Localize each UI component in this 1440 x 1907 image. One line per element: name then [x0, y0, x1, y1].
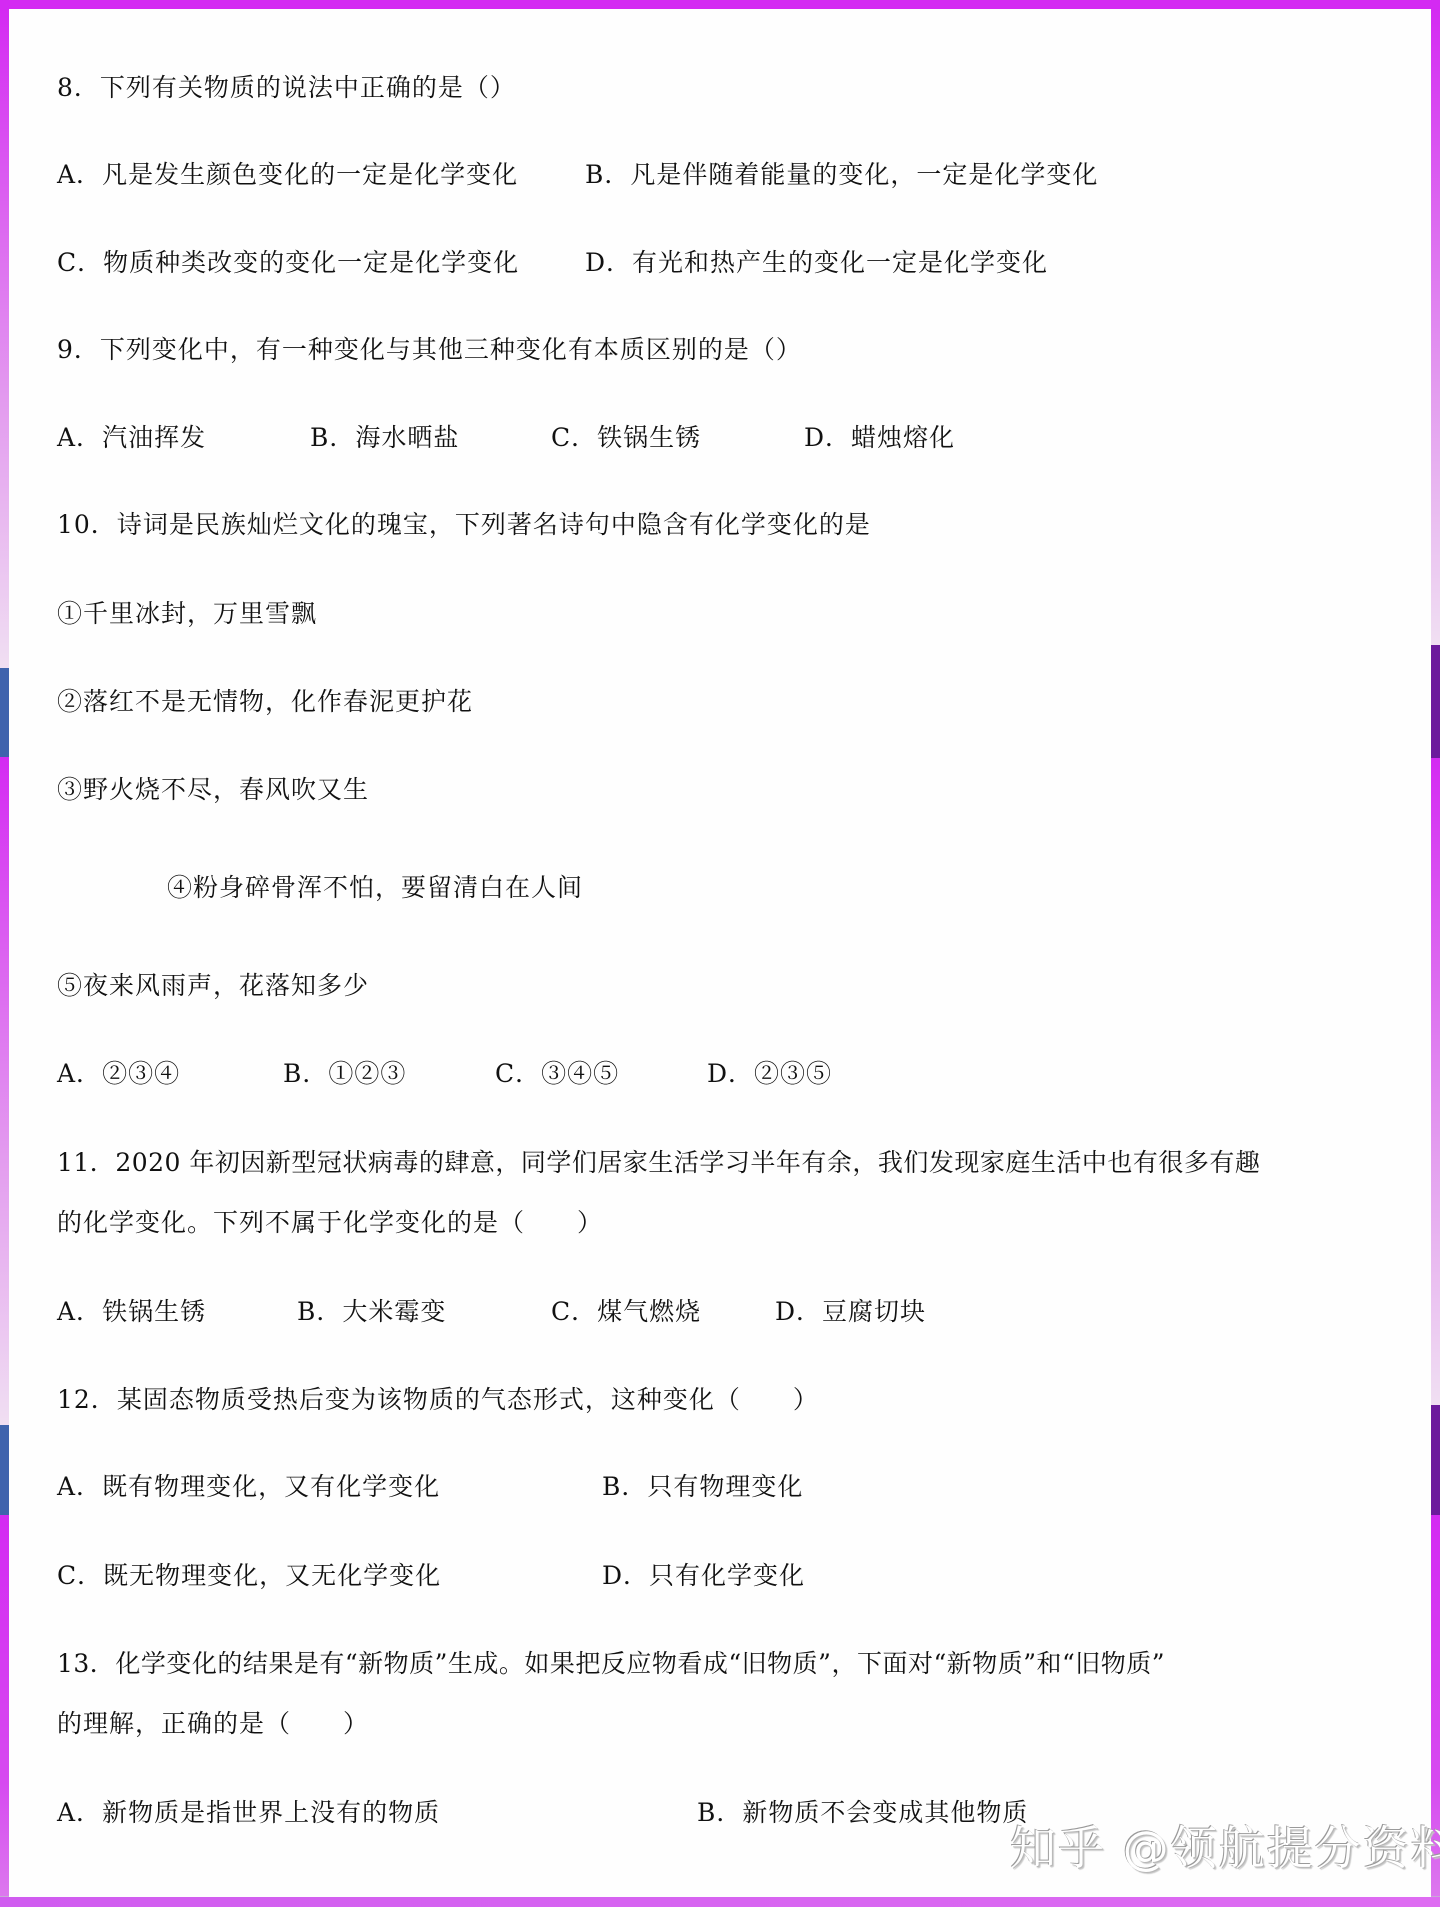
option-c[interactable]: C．铁锅生锈 — [551, 423, 701, 453]
question-text: 下列变化中，有一种变化与其他三种变化有本质区别的是（） — [100, 335, 802, 364]
option-d[interactable]: D．只有化学变化 — [602, 1561, 805, 1591]
question-stem: 11．2020 年初因新型冠状病毒的肆意，同学们居家生活学习半年有余，我们发现家… — [57, 1148, 1260, 1178]
option-a[interactable]: A．凡是发生颜色变化的一定是化学变化 — [57, 160, 518, 190]
option-text: ②③④ — [102, 1059, 180, 1088]
option-b[interactable]: B．新物质不会变成其他物质 — [697, 1798, 1028, 1828]
option-b[interactable]: B．大米霉变 — [297, 1297, 446, 1327]
option-label: B． — [297, 1297, 342, 1326]
option-d[interactable]: D．豆腐切块 — [775, 1297, 926, 1327]
option-label: A． — [57, 1798, 102, 1827]
option-d[interactable]: D．有光和热产生的变化一定是化学变化 — [585, 248, 1048, 278]
option-label: D． — [585, 248, 632, 277]
option-label: B． — [602, 1472, 647, 1501]
option-text: 煤气燃烧 — [597, 1297, 701, 1326]
option-b[interactable]: B．海水晒盐 — [310, 423, 459, 453]
option-text: ③④⑤ — [541, 1059, 619, 1088]
option-c[interactable]: C．煤气燃烧 — [551, 1297, 701, 1327]
document-page — [9, 9, 1431, 1897]
option-label: D． — [602, 1561, 649, 1590]
frame-left-border — [0, 9, 9, 1897]
option-text: 既无物理变化，又无化学变化 — [103, 1561, 441, 1590]
question-stem: 10．诗词是民族灿烂文化的瑰宝，下列著名诗句中隐含有化学变化的是 — [57, 510, 871, 540]
option-label: A． — [57, 1472, 102, 1501]
option-label: A． — [57, 160, 102, 189]
poem-line-2: ②落红不是无情物，化作春泥更护花 — [57, 687, 473, 717]
option-text: 汽油挥发 — [102, 423, 206, 452]
zhihu-watermark: 知乎 @领航提分资料 — [1010, 1812, 1440, 1878]
option-label: A． — [57, 1059, 102, 1088]
frame-top-border — [0, 0, 1440, 9]
poem-line-3: ③野火烧不尽，春风吹又生 — [57, 775, 369, 805]
option-text: 只有化学变化 — [649, 1561, 805, 1590]
option-label: C． — [551, 1297, 597, 1326]
option-text: 新物质不会变成其他物质 — [742, 1798, 1028, 1827]
option-text: 既有物理变化，又有化学变化 — [102, 1472, 440, 1501]
option-text: 大米霉变 — [342, 1297, 446, 1326]
frame-bottom-border — [0, 1896, 1440, 1907]
question-text: 化学变化的结果是有“新物质”生成。如果把反应物看成“旧物质”，下面对“新物质”和… — [115, 1649, 1165, 1678]
poem-line-1: ①千里冰封，万里雪飘 — [57, 599, 317, 629]
question-number: 9． — [57, 335, 100, 364]
option-text: ①②③ — [328, 1059, 406, 1088]
option-text: 凡是发生颜色变化的一定是化学变化 — [102, 160, 518, 189]
right-gradient-segment — [1431, 758, 1440, 1405]
option-text: 物质种类改变的变化一定是化学变化 — [103, 248, 519, 277]
option-a[interactable]: A．新物质是指世界上没有的物质 — [57, 1798, 440, 1828]
option-b[interactable]: B．凡是伴随着能量的变化，一定是化学变化 — [585, 160, 1098, 190]
option-label: B． — [697, 1798, 742, 1827]
option-text: 海水晒盐 — [355, 423, 459, 452]
left-blue-marker — [0, 1425, 9, 1515]
question-text: 诗词是民族灿烂文化的瑰宝，下列著名诗句中隐含有化学变化的是 — [117, 510, 871, 539]
option-label: C． — [57, 248, 103, 277]
question-stem-continued: 的理解，正确的是（ ） — [57, 1709, 369, 1739]
question-stem-continued: 的化学变化。下列不属于化学变化的是（ ） — [57, 1208, 603, 1238]
right-purple-marker — [1431, 645, 1440, 758]
option-c[interactable]: C．③④⑤ — [495, 1059, 619, 1089]
option-text: 凡是伴随着能量的变化，一定是化学变化 — [630, 160, 1098, 189]
option-text: 蜡烛熔化 — [851, 423, 955, 452]
question-stem: 13．化学变化的结果是有“新物质”生成。如果把反应物看成“旧物质”，下面对“新物… — [57, 1649, 1165, 1679]
option-d[interactable]: D．②③⑤ — [707, 1059, 832, 1089]
option-c[interactable]: C．既无物理变化，又无化学变化 — [57, 1561, 441, 1591]
option-label: C． — [551, 423, 597, 452]
option-label: A． — [57, 423, 102, 452]
option-b[interactable]: B．只有物理变化 — [602, 1472, 803, 1502]
question-number: 10． — [57, 510, 117, 539]
question-number: 12． — [57, 1385, 117, 1414]
question-number: 13． — [57, 1649, 115, 1678]
option-label: B． — [283, 1059, 328, 1088]
option-b[interactable]: B．①②③ — [283, 1059, 406, 1089]
question-number: 11． — [57, 1148, 115, 1177]
option-text: ②③⑤ — [754, 1059, 832, 1088]
left-magenta-segment — [0, 1515, 9, 1897]
option-label: D． — [775, 1297, 822, 1326]
left-blue-marker — [0, 668, 9, 757]
right-purple-marker — [1431, 1405, 1440, 1515]
option-text: 只有物理变化 — [647, 1472, 803, 1501]
option-text: 豆腐切块 — [822, 1297, 926, 1326]
option-a[interactable]: A．汽油挥发 — [57, 423, 206, 453]
question-text: 2020 年初因新型冠状病毒的肆意，同学们居家生活学习半年有余，我们发现家庭生活… — [115, 1148, 1260, 1177]
question-stem: 12．某固态物质受热后变为该物质的气态形式，这种变化（ ） — [57, 1385, 819, 1415]
question-stem: 9．下列变化中，有一种变化与其他三种变化有本质区别的是（） — [57, 335, 802, 365]
option-text: 新物质是指世界上没有的物质 — [102, 1798, 440, 1827]
option-text: 有光和热产生的变化一定是化学变化 — [632, 248, 1048, 277]
poem-line-5: ⑤夜来风雨声，花落知多少 — [57, 971, 369, 1001]
question-text: 下列有关物质的说法中正确的是（） — [100, 73, 516, 102]
left-gradient-segment — [0, 9, 9, 668]
option-label: B． — [585, 160, 630, 189]
option-c[interactable]: C．物质种类改变的变化一定是化学变化 — [57, 248, 519, 278]
option-label: C． — [495, 1059, 541, 1088]
option-d[interactable]: D．蜡烛熔化 — [804, 423, 955, 453]
question-number: 8． — [57, 73, 100, 102]
option-a[interactable]: A．铁锅生锈 — [57, 1297, 206, 1327]
frame-right-border — [1431, 9, 1440, 1897]
option-label: D． — [804, 423, 851, 452]
option-label: C． — [57, 1561, 103, 1590]
option-label: D． — [707, 1059, 754, 1088]
left-gradient-segment — [0, 757, 9, 1425]
question-text: 某固态物质受热后变为该物质的气态形式，这种变化（ ） — [117, 1385, 819, 1414]
option-label: B． — [310, 423, 355, 452]
question-stem: 8．下列有关物质的说法中正确的是（） — [57, 73, 516, 103]
option-a[interactable]: A．②③④ — [57, 1059, 180, 1089]
option-text: 铁锅生锈 — [102, 1297, 206, 1326]
option-label: A． — [57, 1297, 102, 1326]
option-a[interactable]: A．既有物理变化，又有化学变化 — [57, 1472, 440, 1502]
poem-line-4: ④粉身碎骨浑不怕，要留清白在人间 — [167, 873, 583, 903]
right-gradient-segment — [1431, 9, 1440, 645]
option-text: 铁锅生锈 — [597, 423, 701, 452]
